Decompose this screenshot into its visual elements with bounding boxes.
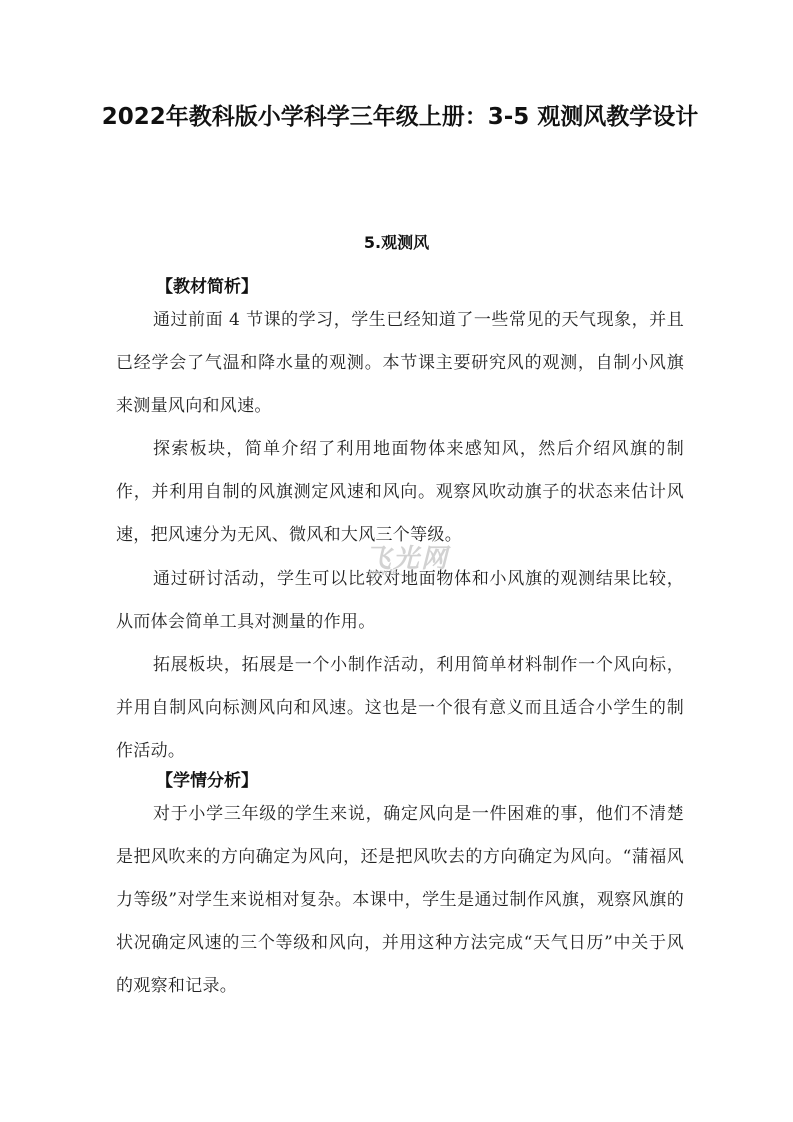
paragraph: 对于小学三年级的学生来说，确定风向是一件困难的事，他们不清楚是把风吹来的方向确定… [116,793,684,1008]
document-title: 2022年教科版小学科学三年级上册：3-5 观测风教学设计 [100,96,700,138]
paragraph: 拓展板块，拓展是一个小制作活动，利用简单材料制作一个风向标，并用自制风向标测风向… [116,644,684,773]
lesson-subtitle: 5.观测风 [0,230,793,253]
section-heading-textbook-analysis: 【教材简析】 [156,272,258,297]
paragraph: 通过前面 4 节课的学习，学生已经知道了一些常见的天气现象，并且已经学会了气温和… [116,299,684,428]
watermark-url: www.fe... [368,568,405,577]
section-heading-student-analysis: 【学情分析】 [156,766,258,791]
